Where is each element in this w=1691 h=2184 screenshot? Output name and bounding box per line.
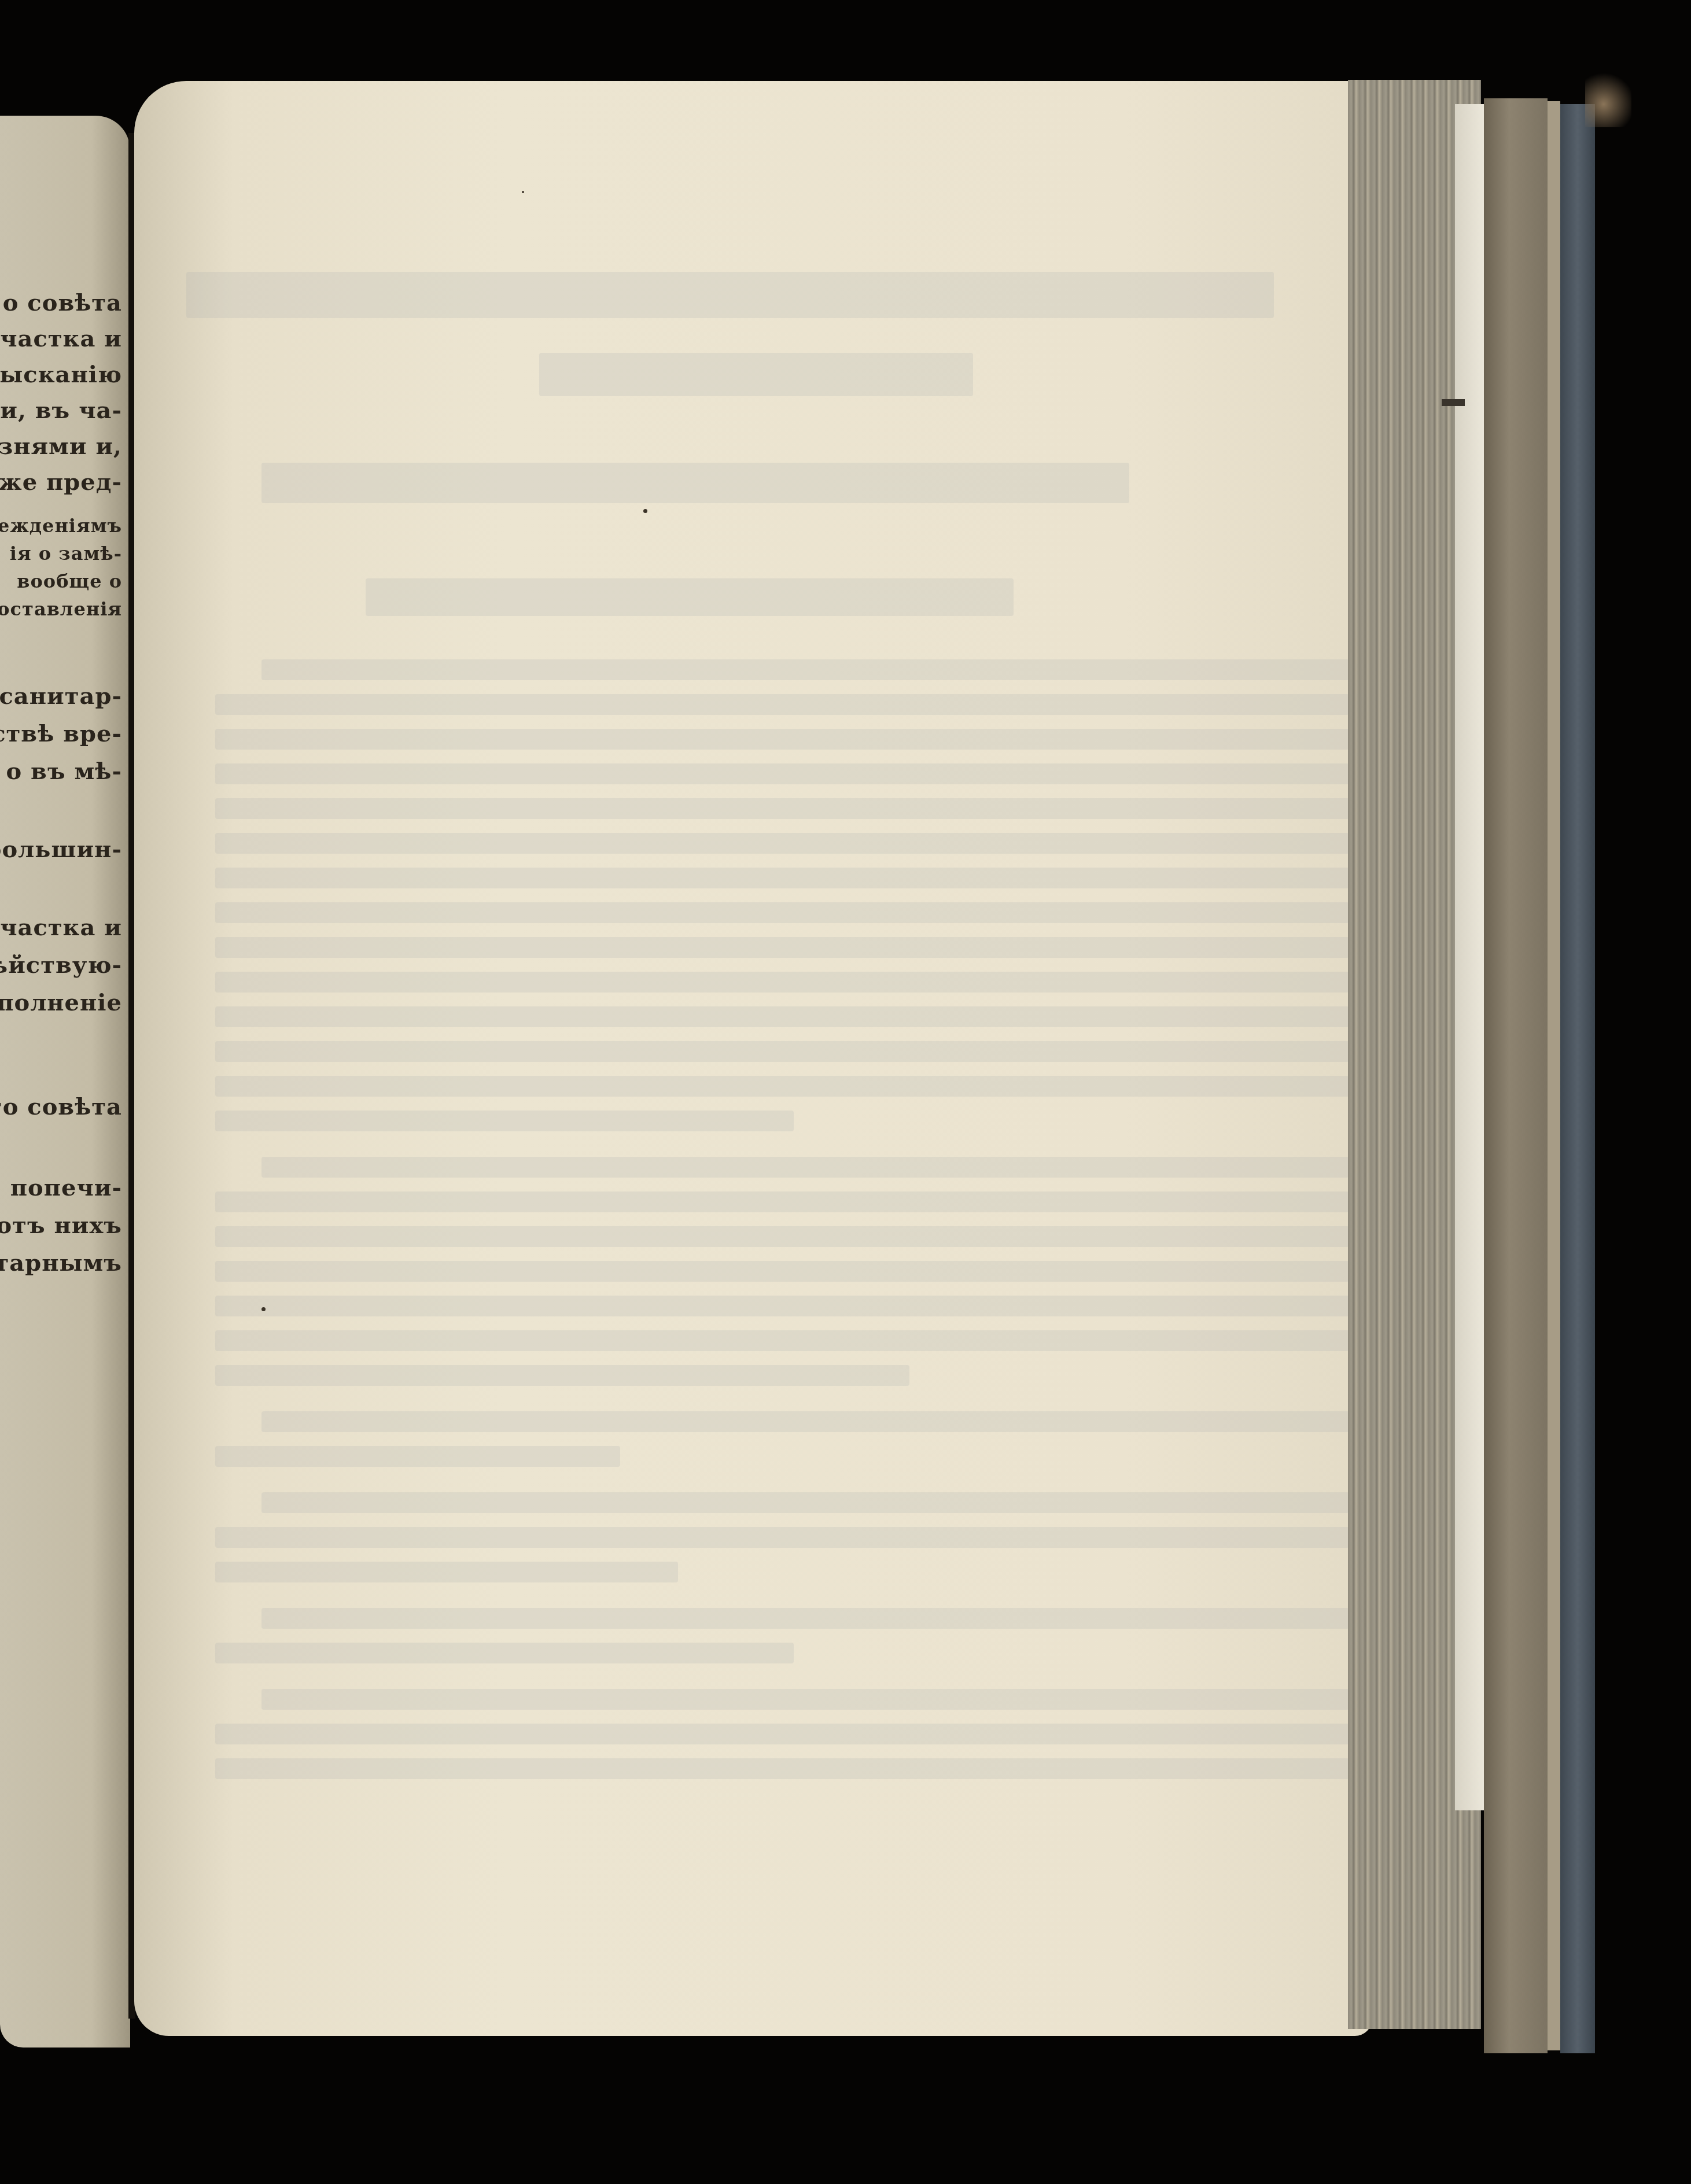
text-line: изысканію — [0, 361, 122, 388]
faded-body-line — [215, 868, 1349, 888]
faded-body-line — [215, 1076, 1349, 1097]
text-line: ствѣ вре- — [0, 720, 122, 747]
faded-body-line — [215, 1006, 1349, 1027]
faded-body-line — [215, 902, 1349, 923]
faded-body-line — [215, 1365, 909, 1386]
faded-body-line — [261, 1608, 1349, 1629]
faded-body-line — [215, 1527, 1349, 1548]
faded-body-line — [215, 1296, 1349, 1316]
text-line: режденіямъ — [0, 515, 122, 537]
text-line: тарнымъ — [0, 1249, 122, 1277]
cloth-cover — [1560, 104, 1595, 2053]
faded-body-line — [215, 833, 1349, 854]
inserted-paper-slip — [1455, 104, 1484, 1810]
faded-body-line — [215, 1330, 1349, 1351]
faded-subtitle — [261, 463, 1129, 503]
faded-body-line — [215, 1724, 1349, 1744]
text-line: частка и — [0, 914, 122, 941]
faded-body-line — [261, 1492, 1349, 1513]
text-line: о въ мѣ- — [6, 758, 122, 785]
faded-body-line — [215, 1446, 620, 1467]
faded-body-line — [261, 1411, 1349, 1432]
text-line: ія о замѣ- — [10, 543, 122, 565]
paper-speck — [261, 1307, 266, 1311]
paper-speck — [522, 191, 524, 193]
text-line: санитар- — [0, 682, 122, 710]
back-board — [1484, 98, 1548, 2053]
faded-section-heading — [366, 578, 1014, 616]
faded-body-line — [215, 763, 1349, 784]
faded-body-line — [215, 694, 1349, 715]
faded-body-line — [261, 1157, 1349, 1178]
faded-title-line — [539, 353, 973, 396]
faded-body-line — [215, 1191, 1349, 1212]
paper-speck — [643, 509, 647, 513]
faded-body-line — [215, 729, 1349, 750]
faded-body-line — [261, 1689, 1349, 1710]
text-line: отъ нихъ — [0, 1212, 122, 1239]
board-edge — [1548, 101, 1560, 2050]
faded-body-line — [215, 1643, 794, 1663]
text-line: знями и, — [0, 433, 122, 460]
faded-body-line — [215, 1226, 1349, 1247]
text-line: частка и — [0, 325, 122, 352]
faded-body-line — [215, 1261, 1349, 1282]
text-line: же пред- — [0, 468, 122, 496]
faded-body-line — [215, 937, 1349, 958]
faded-body-line — [261, 659, 1349, 680]
faded-body-line — [215, 1758, 1349, 1779]
slip-marking — [1442, 399, 1465, 406]
text-line: и, въ ча- — [0, 397, 122, 424]
left-page: о совѣта частка и изысканію и, въ ча- зн… — [0, 116, 130, 2047]
text-line: о совѣта — [3, 289, 122, 316]
text-line: большин- — [0, 836, 122, 863]
text-line: сполненіе — [0, 989, 122, 1016]
faded-body-line — [215, 1562, 678, 1582]
faded-body-line — [215, 1041, 1349, 1062]
faded-body-line — [215, 972, 1349, 993]
faded-body-line — [215, 798, 1349, 819]
right-page — [134, 81, 1372, 2036]
text-line: го совѣта — [0, 1093, 122, 1120]
faded-body-line — [215, 1111, 794, 1131]
text-line: вообще о — [17, 570, 122, 592]
faded-title-line — [186, 272, 1274, 318]
text-line: попечи- — [10, 1174, 122, 1201]
frayed-spine-corner — [1585, 69, 1631, 127]
text-line: ѣйствую- — [0, 951, 122, 979]
text-line: оставленія — [0, 598, 122, 620]
